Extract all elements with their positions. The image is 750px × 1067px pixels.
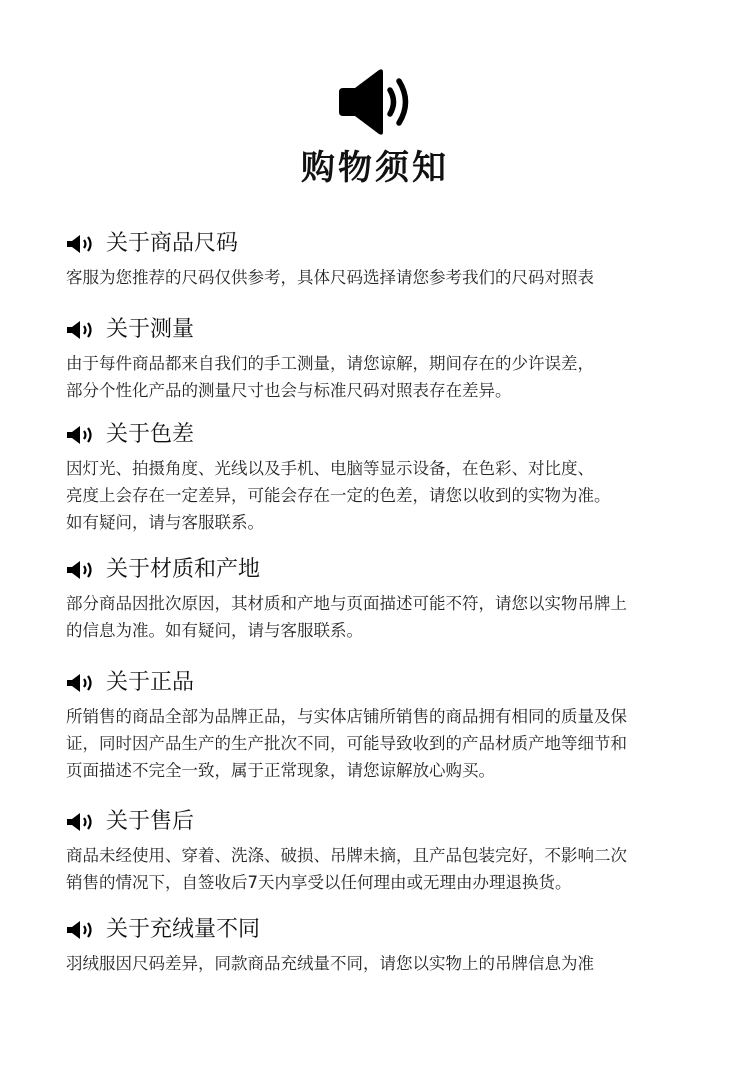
speaker-icon bbox=[337, 68, 413, 136]
speaker-icon bbox=[66, 920, 94, 940]
section-title: 关于商品尺码 bbox=[106, 229, 238, 259]
section-authentic: 关于正品 所销售的商品全部为品牌正品，与实体店铺所销售的商品拥有相同的质量及保 … bbox=[66, 668, 696, 784]
speaker-icon bbox=[66, 812, 94, 832]
section-title: 关于正品 bbox=[106, 668, 194, 698]
section-text: 的信息为准。如有疑问，请与客服联系。 bbox=[66, 617, 696, 644]
speaker-icon bbox=[66, 425, 94, 445]
speaker-icon bbox=[66, 560, 94, 580]
section-title: 关于色差 bbox=[106, 420, 194, 450]
section-title: 关于测量 bbox=[106, 315, 194, 345]
section-text: 因灯光、拍摄角度、光线以及手机、电脑等显示设备，在色彩、对比度、 bbox=[66, 455, 696, 482]
section-text: 部分个性化产品的测量尺寸也会与标准尺码对照表存在差异。 bbox=[66, 377, 696, 404]
speaker-icon bbox=[66, 673, 94, 693]
speaker-icon bbox=[66, 234, 94, 254]
section-text: 亮度上会存在一定差异，可能会存在一定的色差，请您以收到的实物为准。 bbox=[66, 482, 696, 509]
section-text: 羽绒服因尺码差异，同款商品充绒量不同，请您以实物上的吊牌信息为准 bbox=[66, 950, 696, 977]
section-title: 关于充绒量不同 bbox=[106, 915, 260, 945]
section-text: 销售的情况下，自签收后7天内享受以任何理由或无理由办理退换货。 bbox=[66, 869, 696, 896]
page-title: 购物须知 bbox=[0, 146, 750, 190]
section-material-origin: 关于材质和产地 部分商品因批次原因，其材质和产地与页面描述可能不符，请您以实物吊… bbox=[66, 555, 696, 644]
section-color-difference: 关于色差 因灯光、拍摄角度、光线以及手机、电脑等显示设备，在色彩、对比度、 亮度… bbox=[66, 420, 696, 536]
section-measurement: 关于测量 由于每件商品都来自我们的手工测量，请您谅解，期间存在的少许误差， 部分… bbox=[66, 315, 696, 404]
section-text: 商品未经使用、穿着、洗涤、破损、吊牌未摘，且产品包装完好，不影响二次 bbox=[66, 842, 696, 869]
section-title: 关于售后 bbox=[106, 807, 194, 837]
section-text: 部分商品因批次原因，其材质和产地与页面描述可能不符，请您以实物吊牌上 bbox=[66, 590, 696, 617]
section-after-sales: 关于售后 商品未经使用、穿着、洗涤、破损、吊牌未摘，且产品包装完好，不影响二次 … bbox=[66, 807, 696, 896]
section-text: 页面描述不完全一致，属于正常现象，请您谅解放心购买。 bbox=[66, 757, 696, 784]
speaker-icon bbox=[66, 320, 94, 340]
section-size: 关于商品尺码 客服为您推荐的尺码仅供参考，具体尺码选择请您参考我们的尺码对照表 bbox=[66, 229, 696, 291]
section-title: 关于材质和产地 bbox=[106, 555, 260, 585]
section-text: 所销售的商品全部为品牌正品，与实体店铺所销售的商品拥有相同的质量及保 bbox=[66, 703, 696, 730]
section-text: 如有疑问，请与客服联系。 bbox=[66, 509, 696, 536]
section-fill-weight: 关于充绒量不同 羽绒服因尺码差异，同款商品充绒量不同，请您以实物上的吊牌信息为准 bbox=[66, 915, 696, 977]
section-text: 客服为您推荐的尺码仅供参考，具体尺码选择请您参考我们的尺码对照表 bbox=[66, 264, 696, 291]
section-text: 证，同时因产品生产的生产批次不同，可能导致收到的产品材质产地等细节和 bbox=[66, 730, 696, 757]
notice-header: 购物须知 bbox=[0, 68, 750, 190]
section-text: 由于每件商品都来自我们的手工测量，请您谅解，期间存在的少许误差， bbox=[66, 350, 696, 377]
